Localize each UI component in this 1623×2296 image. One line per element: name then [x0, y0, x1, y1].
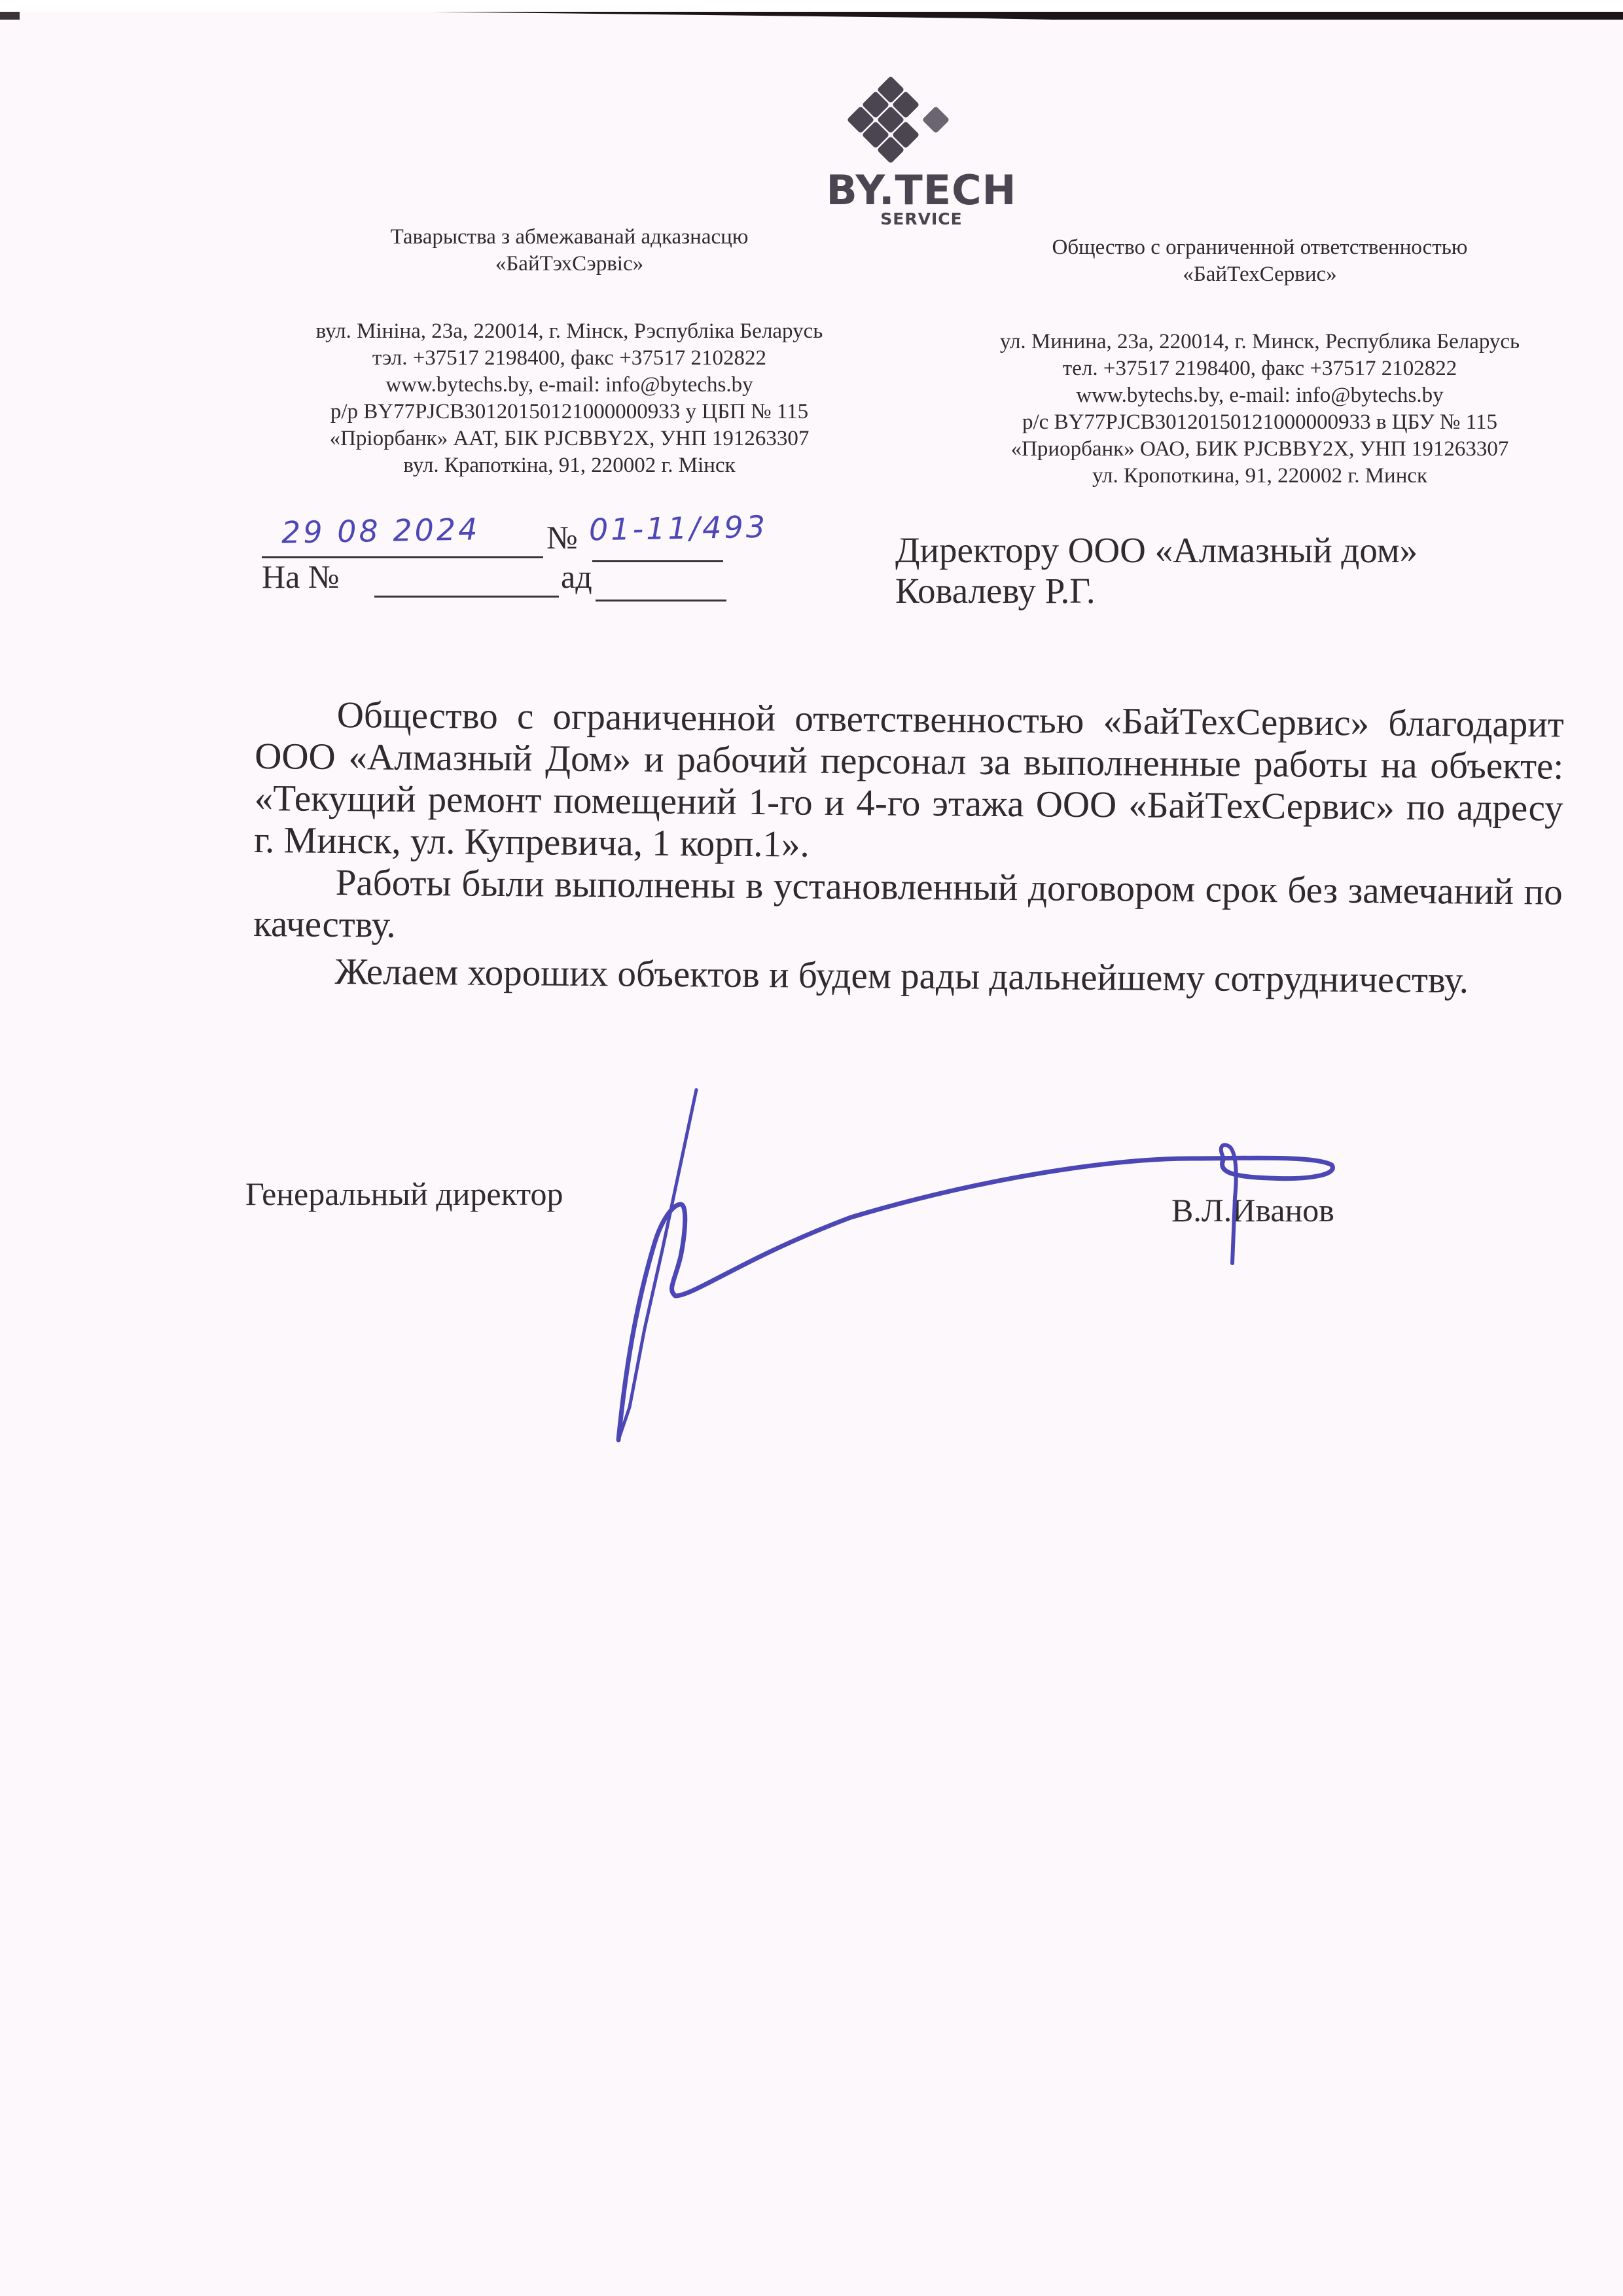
bank-account-line: р/с BY77PJCB30120150121000000933 в ЦБУ №…	[949, 409, 1571, 436]
signatory-title: Генеральный директор	[245, 1175, 563, 1213]
body-paragraph: Работы были выполнены в установленный до…	[253, 861, 1563, 956]
signatory-name: В.Л.Иванов	[1171, 1191, 1334, 1229]
web-email-line: www.bytechs.by, e-mail: info@bytechs.by	[949, 382, 1571, 409]
phone-line: тэл. +37517 2198400, факс +37517 2102822	[262, 345, 877, 372]
body-paragraph: Общество с ограниченной ответственностью…	[254, 694, 1564, 872]
web-email-line: www.bytechs.by, e-mail: info@bytechs.by	[262, 372, 877, 399]
letter-body: Общество с ограниченной ответственностью…	[253, 694, 1564, 1003]
body-paragraph: Желаем хороших объектов и будем рады дал…	[253, 950, 1561, 1003]
bank-address-line: вул. Крапоткіна, 91, 220002 г. Мінск	[262, 452, 877, 479]
bank-details-line: «Приорбанк» ОАО, БИК PJCBBY2X, УНП 19126…	[949, 436, 1571, 463]
org-type: Таварыства з абмежаванай адказнасцю	[262, 224, 877, 251]
letterhead-russian: Общество с ограниченной ответственностью…	[949, 234, 1571, 490]
reply-number-underline	[374, 596, 559, 598]
bank-details-line: «Пріорбанк» ААТ, БІК PJCBBY2X, УНП 19126…	[262, 425, 877, 452]
handwritten-date: 29 08 2024	[281, 511, 480, 550]
recipient-block: Директору ООО «Алмазный дом» Ковалеву Р.…	[895, 530, 1418, 611]
logo-wordmark: BY.TECH	[810, 170, 1033, 211]
phone-line: тел. +37517 2198400, факс +37517 2102822	[949, 355, 1571, 382]
reply-to-row: На № ад	[262, 558, 805, 598]
number-label: №	[546, 518, 578, 556]
scan-edge	[0, 0, 1623, 20]
diamond-tile-grid-icon	[810, 65, 1033, 177]
address-line: вул. Мініна, 23а, 220014, г. Мінск, Рэсп…	[262, 318, 877, 345]
org-name: «БайТэхСэрвіс»	[262, 251, 877, 278]
recipient-name: Ковалеву Р.Г.	[895, 571, 1418, 611]
address-line: ул. Минина, 23а, 220014, г. Минск, Респу…	[949, 329, 1571, 355]
outgoing-number-row: 29 08 2024 № 01-11/493	[262, 517, 805, 558]
bank-account-line: р/р BY77PJCB30120150121000000933 у ЦБП №…	[262, 399, 877, 425]
company-logo: BY.TECH SERVICE	[810, 65, 1033, 236]
org-type: Общество с ограниченной ответственностью	[949, 234, 1571, 261]
reply-number-label: На №	[262, 558, 340, 596]
letterhead-belarusian: Таварыства з абмежаванай адказнасцю «Бай…	[262, 224, 877, 479]
org-name: «БайТехСервис»	[949, 261, 1571, 288]
handwritten-number: 01-11/493	[589, 509, 768, 548]
registration-block: 29 08 2024 № 01-11/493 На № ад	[262, 517, 805, 598]
recipient-position: Директору ООО «Алмазный дом»	[895, 530, 1418, 571]
reply-date-underline	[596, 600, 726, 601]
reply-from-label: ад	[561, 558, 592, 596]
bank-address-line: ул. Кропоткина, 91, 220002 г. Минск	[949, 463, 1571, 490]
